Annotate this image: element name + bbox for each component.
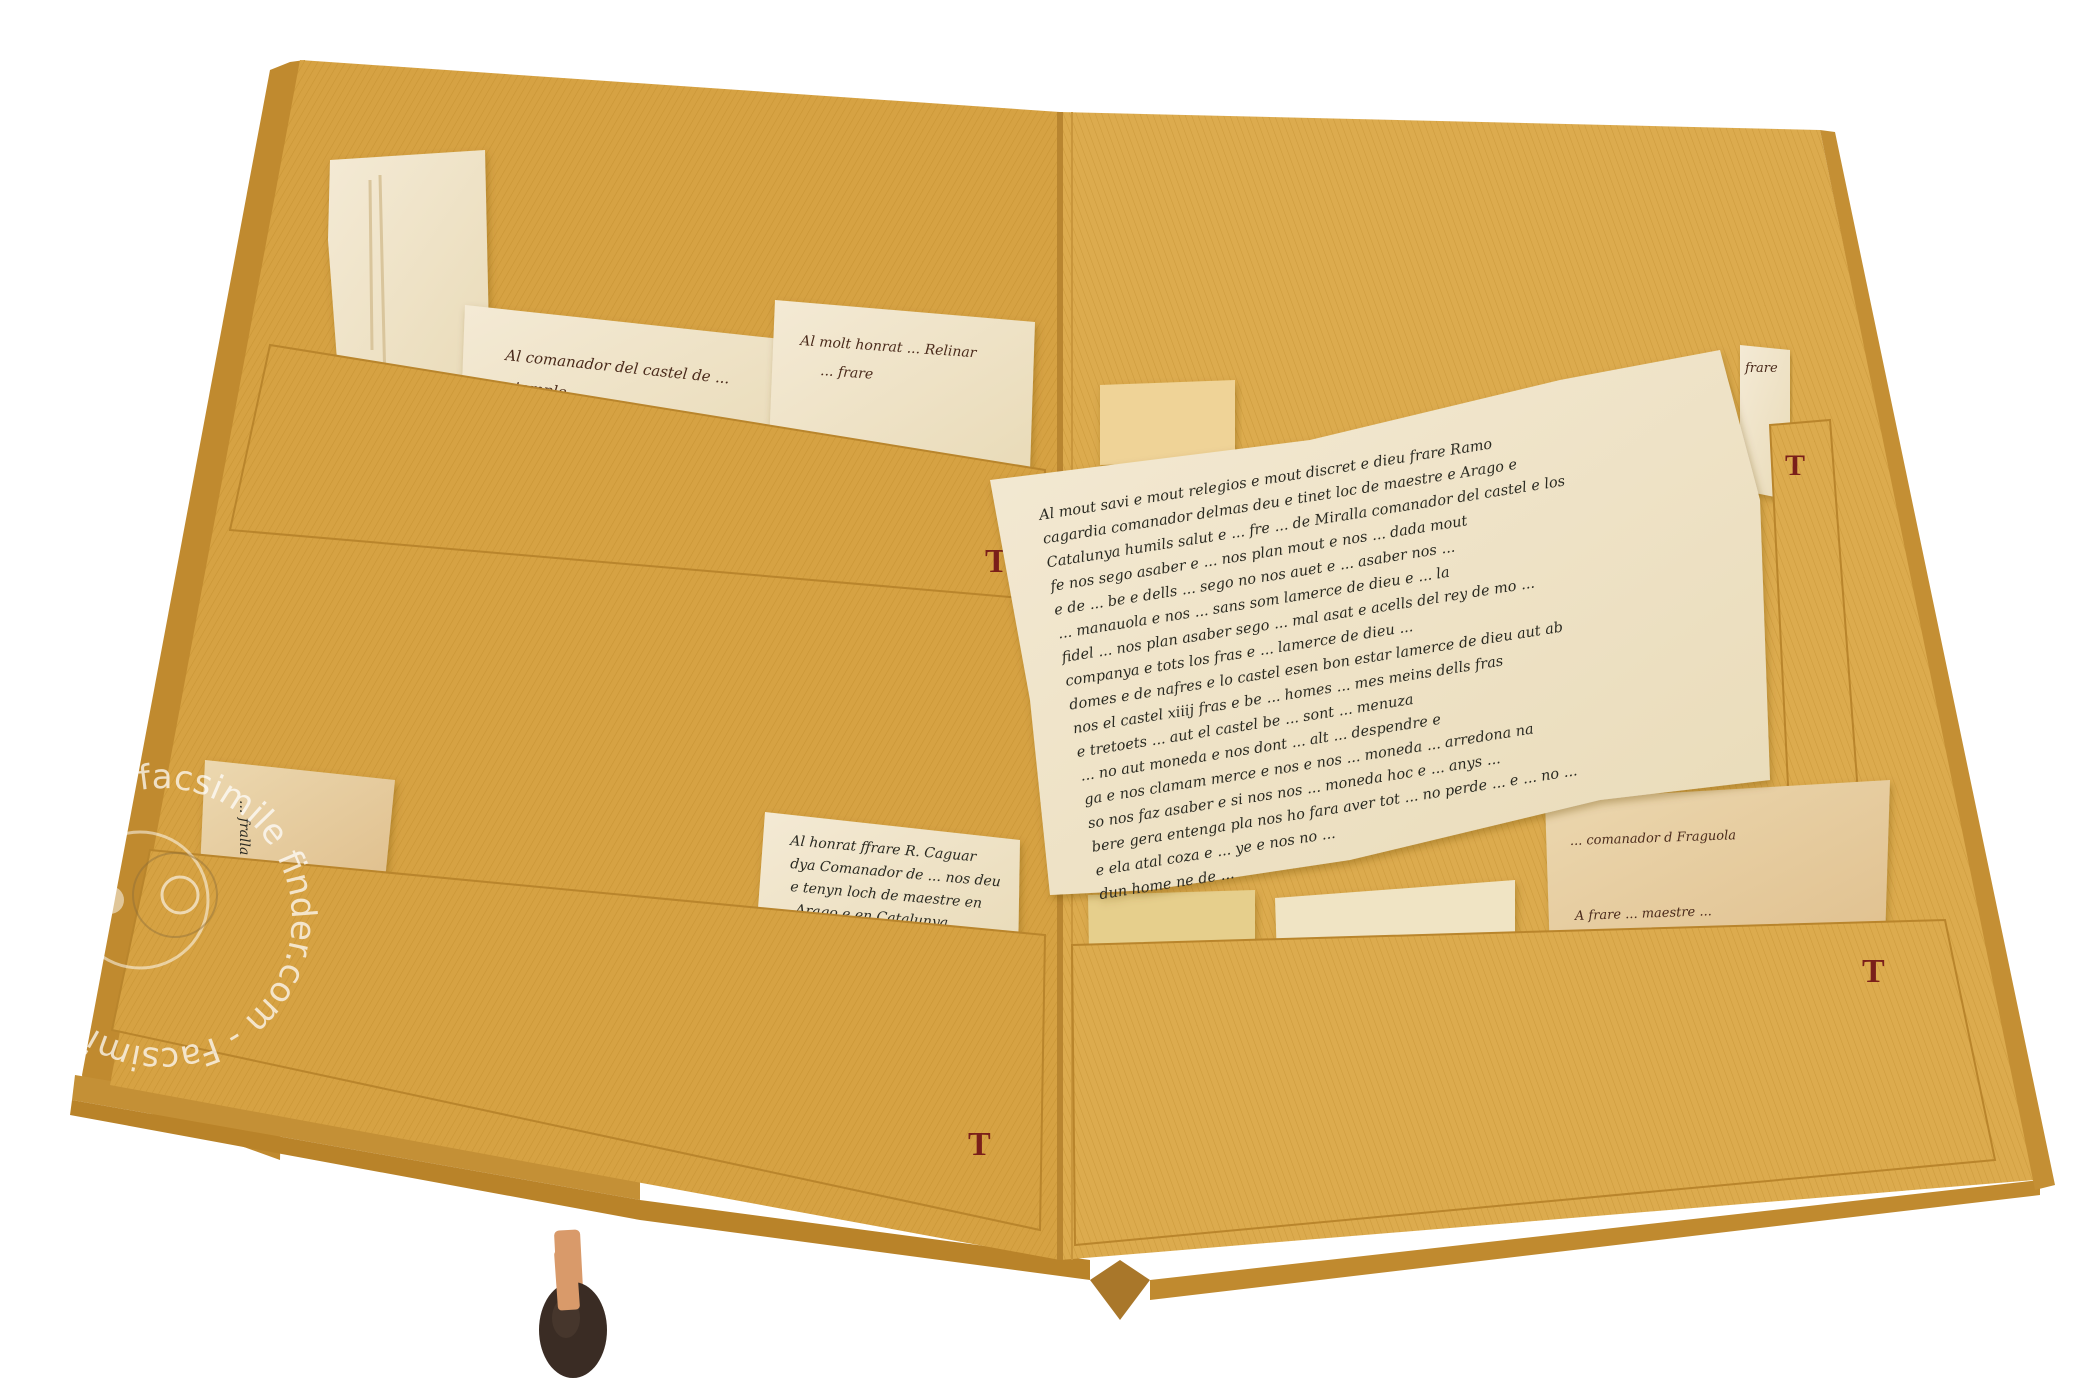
pocket-mark-t: T	[1785, 449, 1805, 482]
pocket-right-bottom[interactable]: T	[1072, 920, 1995, 1245]
book-photo: Al comanador del castel de ... ... templ…	[0, 0, 2100, 1400]
pocket-mark-t: T	[1862, 953, 1885, 990]
pocket-mark-t: T	[968, 1126, 991, 1163]
handwriting-line: frare	[1744, 361, 1778, 376]
wooden-toggle-clasp[interactable]	[539, 1229, 607, 1378]
